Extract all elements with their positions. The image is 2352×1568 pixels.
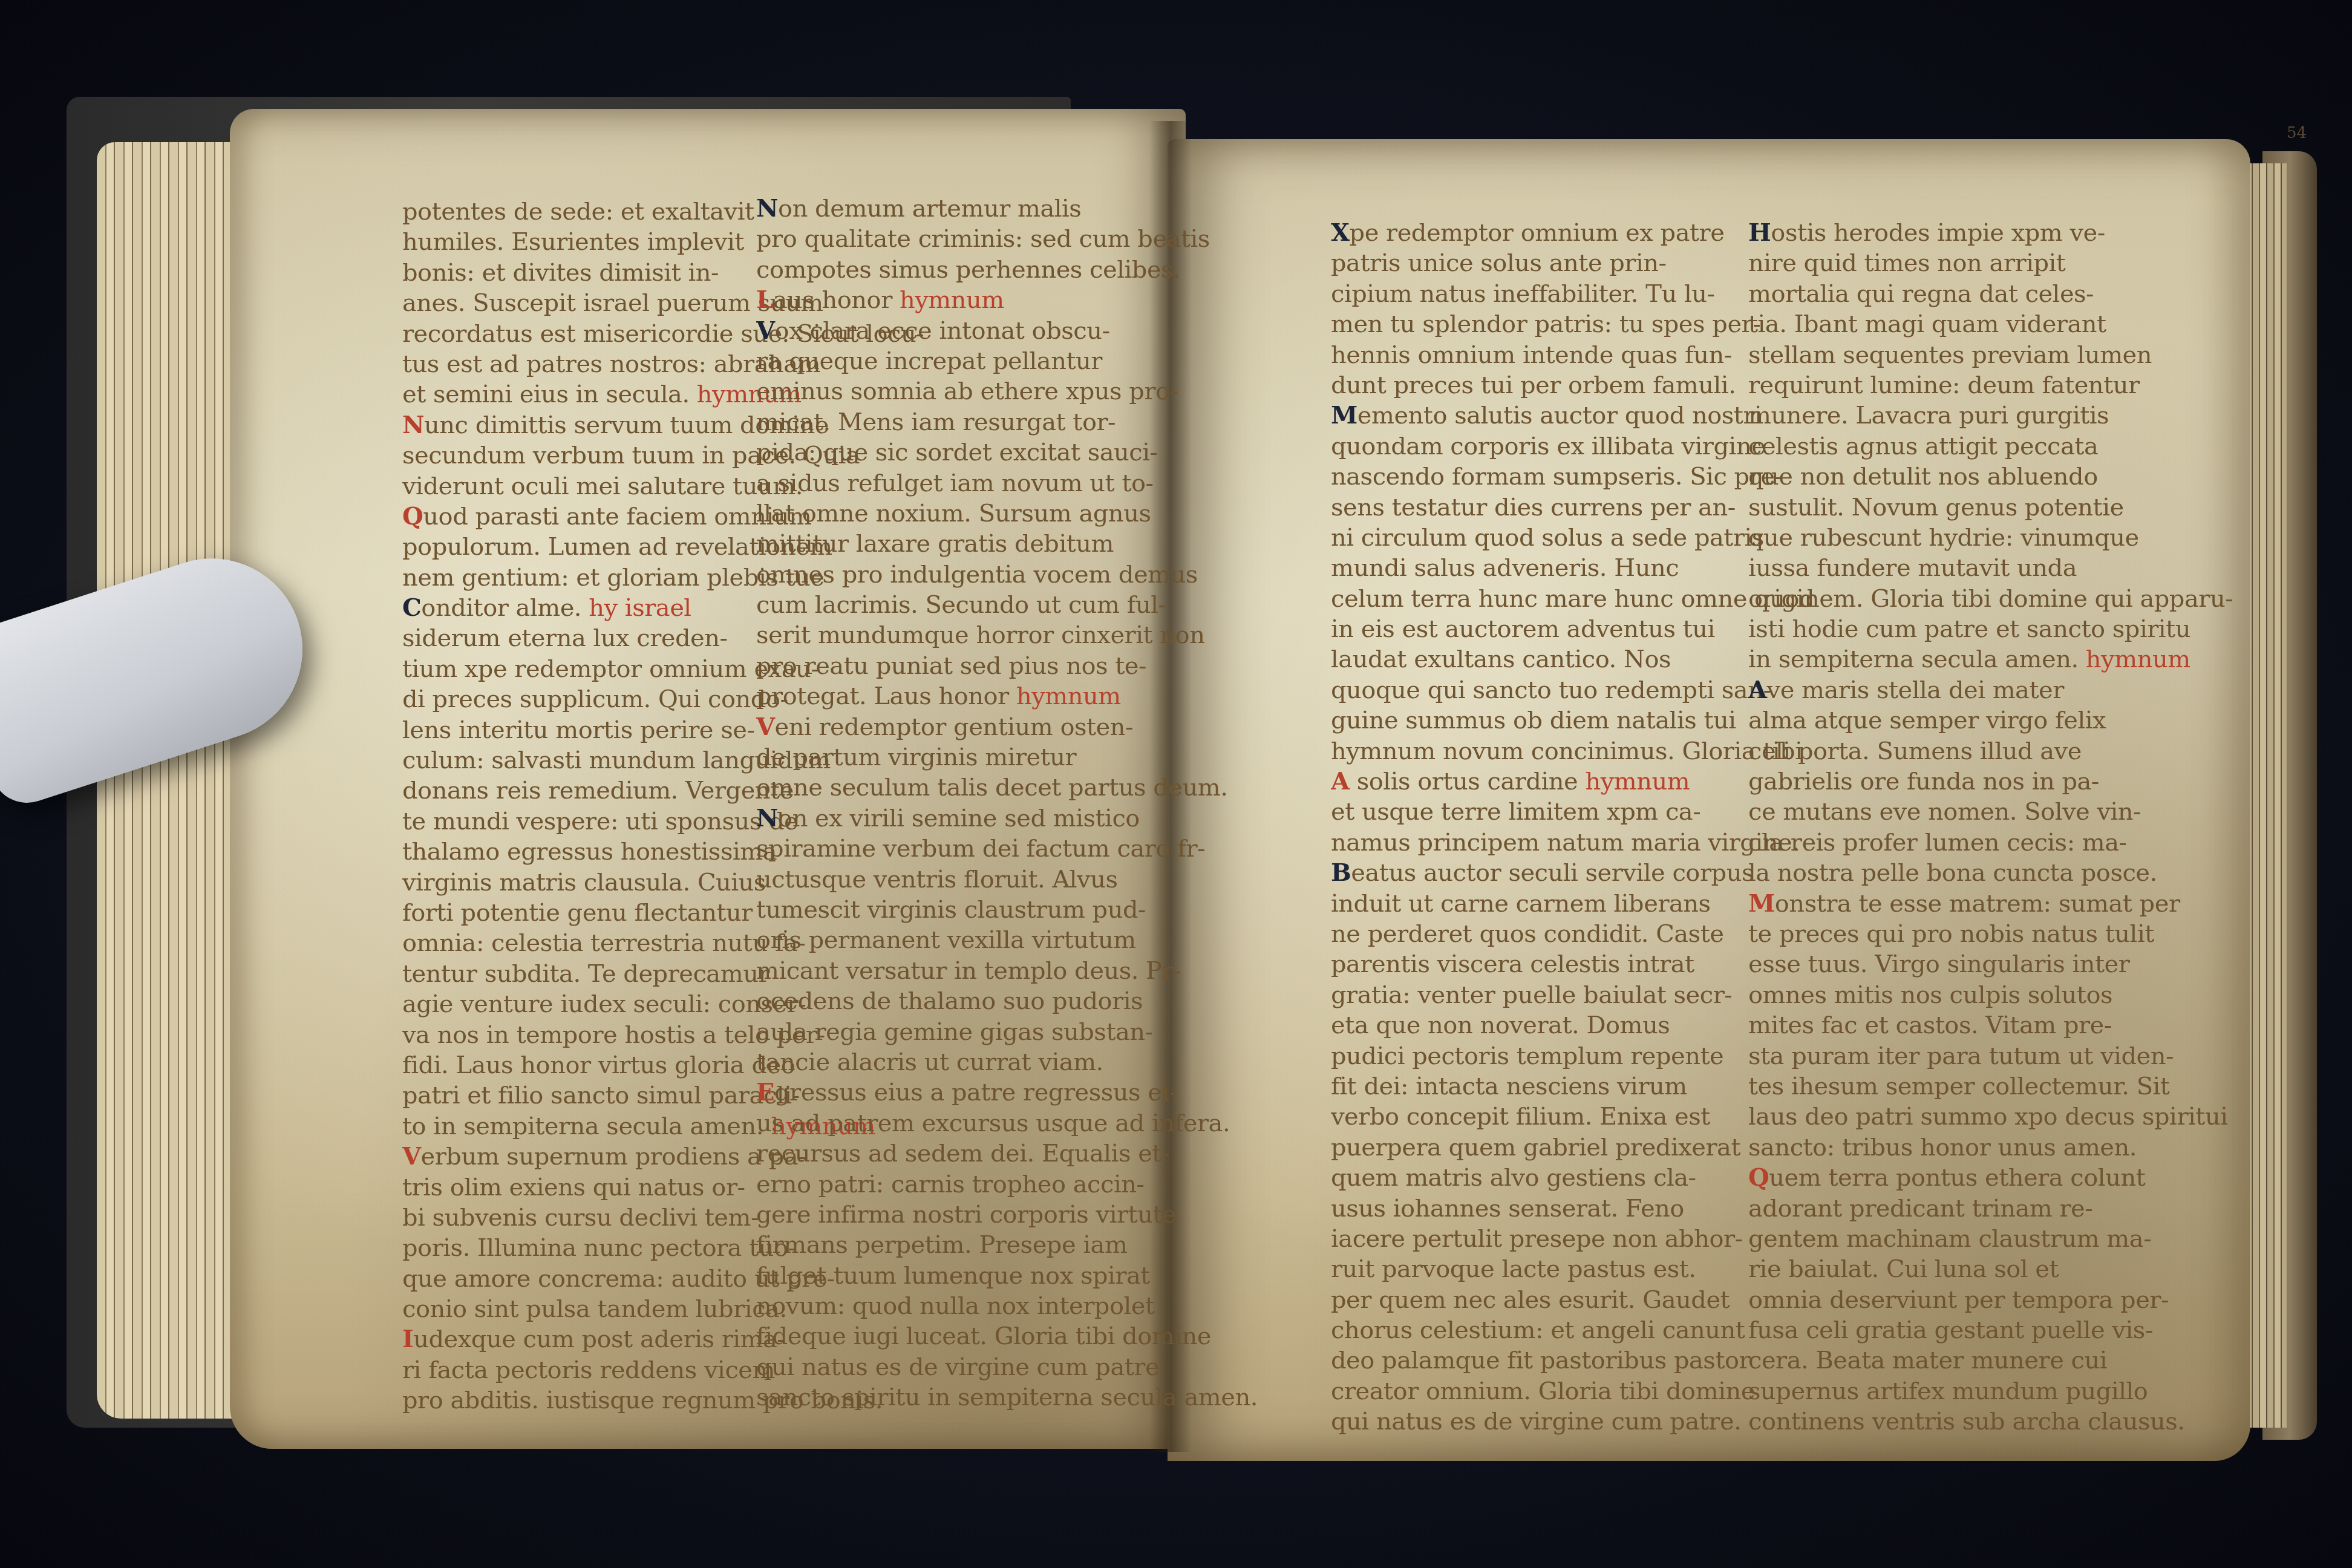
line-text: mundi salus adveneris. Hunc xyxy=(1331,554,1679,582)
line-text: men tu splendor patris: tu spes per- xyxy=(1331,310,1760,338)
line-text: pro qualitate criminis: sed cum beatis xyxy=(756,225,1210,253)
line-text: virginis matris clausula. Cuius xyxy=(402,869,766,897)
manuscript-line: cum lacrimis. Secundo ut cum ful- xyxy=(756,590,1258,620)
rubric: hymnum xyxy=(1009,682,1121,710)
line-text: chorus celestium: et angeli canunt xyxy=(1331,1316,1745,1344)
manuscript-line: Laus honor hymnum xyxy=(756,285,1258,315)
manuscript-line: sens testatur dies currens per an- xyxy=(1331,492,1814,523)
manuscript-line: micat. Mens iam resurgat tor- xyxy=(756,407,1258,437)
decorated-initial: I xyxy=(402,1325,413,1353)
manuscript-line: pudici pectoris templum repente xyxy=(1331,1041,1814,1071)
line-text: ox clara ecce intonat obscu- xyxy=(775,317,1110,345)
manuscript-line: stellam sequentes previam lumen xyxy=(1748,340,2233,370)
line-text: tancie alacris ut currat viam. xyxy=(756,1048,1103,1076)
rubric: hy israel xyxy=(581,594,691,622)
manuscript-line: laudat exultans cantico. Nos xyxy=(1331,644,1814,675)
manuscript-line: mortalia qui regna dat celes- xyxy=(1748,279,2233,309)
line-text: erbum supernum prodiens a pa- xyxy=(421,1143,806,1171)
manuscript-line: esse tuus. Virgo singularis inter xyxy=(1748,949,2233,979)
manuscript-line: celi porta. Sumens illud ave xyxy=(1748,736,2233,766)
manuscript-line: quoque qui sancto tuo redempti san- xyxy=(1331,675,1814,705)
line-text: a sidus refulget iam novum ut to- xyxy=(756,469,1154,497)
folio-number: 54 xyxy=(2287,124,2307,142)
line-text: compotes simus perhennes celibes. xyxy=(756,256,1180,284)
line-text: donans reis remedium. Vergente xyxy=(402,777,794,805)
manuscript-line: pro reatu puniat sed pius nos te- xyxy=(756,651,1258,681)
line-text: alma atque semper virgo felix xyxy=(1748,707,2106,734)
line-text: sancto: tribus honor unus amen. xyxy=(1748,1134,2137,1161)
line-text: omnia: celestia terrestria nutu fa- xyxy=(402,929,806,957)
line-text: pida: que sic sordet excitat sauci- xyxy=(756,439,1158,466)
line-text: dunt preces tui per orbem famuli. xyxy=(1331,371,1736,399)
decorated-initial: B xyxy=(1331,858,1351,887)
manuscript-line: verbo concepit filium. Enixa est xyxy=(1331,1102,1814,1132)
line-text: qui natus es de virgine cum patre. xyxy=(1331,1408,1741,1436)
line-text: puerpera quem gabriel predixerat xyxy=(1331,1134,1740,1161)
manuscript-line: fusa celi gratia gestant puelle vis- xyxy=(1748,1315,2233,1345)
manuscript-line: namus principem natum maria virgine. xyxy=(1331,828,1814,858)
line-text: sancto spiritu in sempiterna secula amen… xyxy=(756,1383,1258,1411)
line-text: on demum artemur malis xyxy=(778,195,1081,223)
line-text: fulget tuum lumenque nox spirat xyxy=(756,1262,1150,1290)
manuscript-line: Egressus eius a patre regressus ei- xyxy=(756,1077,1258,1108)
manuscript-line: et usque terre limitem xpm ca- xyxy=(1331,797,1814,827)
manuscript-line: men tu splendor patris: tu spes per- xyxy=(1331,309,1814,339)
manuscript-line: eta que non noverat. Domus xyxy=(1331,1010,1814,1040)
decorated-initial: Q xyxy=(1748,1163,1769,1192)
line-text: stellam sequentes previam lumen xyxy=(1748,341,2152,369)
manuscript-line: continens ventris sub archa clausus. xyxy=(1748,1406,2233,1437)
manuscript-line: llat omne noxium. Sursum agnus xyxy=(756,498,1258,529)
text-column-4: Hostis herodes impie xpm ve-nire quid ti… xyxy=(1748,218,2233,1437)
manuscript-line: iacere pertulit presepe non abhor- xyxy=(1331,1224,1814,1254)
line-text: per quem nec ales esurit. Gaudet xyxy=(1331,1286,1730,1314)
line-text: udexque cum post aderis rima- xyxy=(413,1325,785,1353)
manuscript-line: te preces qui pro nobis natus tulit xyxy=(1748,919,2233,949)
line-text: verbo concepit filium. Enixa est xyxy=(1331,1103,1710,1131)
manuscript-line: uctusque ventris floruit. Alvus xyxy=(756,864,1258,895)
line-text: bi subvenis cursu declivi tem- xyxy=(402,1204,759,1232)
manuscript-line: patris unice solus ante prin- xyxy=(1331,248,1814,278)
manuscript-line: que non detulit nos abluendo xyxy=(1748,462,2233,492)
manuscript-line: aula regia gemine gigas substan- xyxy=(756,1017,1258,1047)
manuscript-line: cla reis profer lumen cecis: ma- xyxy=(1748,828,2233,858)
text-column-2: Non demum artemur malispro qualitate cri… xyxy=(756,194,1258,1413)
line-text: protegat. Laus honor xyxy=(756,682,1009,710)
manuscript-line: Ave maris stella dei mater xyxy=(1748,675,2233,705)
manuscript-line: nascendo formam sumpseris. Sic pre- xyxy=(1331,462,1814,492)
decorated-initial: V xyxy=(402,1142,421,1171)
line-text: eminus somnia ab ethere xpus pro- xyxy=(756,377,1178,405)
line-text: ra queque increpat pellantur xyxy=(756,347,1102,375)
manuscript-line: gratia: venter puelle baiulat secr- xyxy=(1331,980,1814,1010)
line-text: usus iohannes senserat. Feno xyxy=(1331,1195,1684,1223)
line-text: patris unice solus ante prin- xyxy=(1331,249,1667,277)
line-text: tentur subdita. Te deprecamur xyxy=(402,960,769,988)
manuscript-line: firmans perpetim. Presepe iam xyxy=(756,1230,1258,1260)
line-text: forti potentie genu flectantur xyxy=(402,899,753,927)
manuscript-line: pro qualitate criminis: sed cum beatis xyxy=(756,224,1258,254)
line-text: parentis viscera celestis intrat xyxy=(1331,950,1694,978)
line-text: creator omnium. Gloria tibi domine xyxy=(1331,1377,1755,1405)
line-text: continens ventris sub archa clausus. xyxy=(1748,1408,2184,1436)
manuscript-line: tancie alacris ut currat viam. xyxy=(756,1047,1258,1077)
line-text: novum: quod nulla nox interpolet xyxy=(756,1292,1155,1320)
line-text: fit dei: intacta nesciens virum xyxy=(1331,1073,1687,1100)
manuscript-line: requirunt lumine: deum fatentur xyxy=(1748,370,2233,400)
manuscript-line: cipium natus ineffabiliter. Tu lu- xyxy=(1331,279,1814,309)
decorated-initial: V xyxy=(756,316,775,345)
line-text: mittitur laxare gratis debitum xyxy=(756,530,1114,558)
manuscript-line: A solis ortus cardine hymnum xyxy=(1331,766,1814,797)
line-text: ostis herodes impie xpm ve- xyxy=(1771,219,2105,247)
line-text: mites fac et castos. Vitam pre- xyxy=(1748,1011,2112,1039)
manuscript-line: quem matris alvo gestiens cla- xyxy=(1331,1163,1814,1193)
manuscript-line: mundi salus adveneris. Hunc xyxy=(1331,553,1814,583)
line-text: fidi. Laus honor virtus gloria deo xyxy=(402,1051,795,1079)
decorated-initial: N xyxy=(402,411,424,439)
manuscript-line: mittitur laxare gratis debitum xyxy=(756,529,1258,559)
line-text: esse tuus. Virgo singularis inter xyxy=(1748,950,2129,978)
manuscript-line: fit dei: intacta nesciens virum xyxy=(1331,1071,1814,1102)
manuscript-line: celum terra hunc mare hunc omne quod xyxy=(1331,584,1814,614)
line-text: te preces qui pro nobis natus tulit xyxy=(1748,920,2154,948)
decorated-initial: N xyxy=(756,804,778,832)
line-text: et semini eius in secula. xyxy=(402,381,690,408)
line-text: di preces supplicum. Qui condo- xyxy=(402,685,788,713)
line-text: erno patri: carnis tropheo accin- xyxy=(756,1171,1145,1198)
line-text: llat omne noxium. Sursum agnus xyxy=(756,500,1151,528)
line-text: aus honor xyxy=(773,286,892,314)
line-text: hymnum novum concinimus. Gloria tibi xyxy=(1331,737,1803,765)
manuscript-line: puerpera quem gabriel predixerat xyxy=(1331,1132,1814,1163)
manuscript-line: omnes mitis nos culpis solutos xyxy=(1748,980,2233,1010)
line-text: induit ut carne carnem liberans xyxy=(1331,890,1711,918)
line-text: lens interitu mortis perire se- xyxy=(402,716,754,744)
manuscript-line: oris permanent vexilla virtutum xyxy=(756,925,1258,955)
line-text: poris. Illumina nunc pectora tuo- xyxy=(402,1234,796,1262)
line-text: aula regia gemine gigas substan- xyxy=(756,1018,1153,1046)
line-text: isti hodie cum patre et sancto spiritu xyxy=(1748,615,2190,643)
manuscript-line: Non demum artemur malis xyxy=(756,194,1258,224)
line-text: supernus artifex mundum pugillo xyxy=(1748,1377,2148,1405)
line-text: eatus auctor seculi servile corpus xyxy=(1351,859,1754,887)
line-text: guine summus ob diem natalis tui xyxy=(1331,707,1736,734)
manuscript-line: sancto spiritu in sempiterna secula amen… xyxy=(756,1382,1258,1413)
line-text: adorant predicant trinam re- xyxy=(1748,1195,2092,1223)
line-text: cla reis profer lumen cecis: ma- xyxy=(1748,829,2127,857)
manuscript-line: micant versatur in templo deus. Pr- xyxy=(756,956,1258,986)
manuscript-line: laus deo patri summo xpo decus spiritui xyxy=(1748,1102,2233,1132)
line-text: us ad patrem excursus usque ad infera. xyxy=(756,1109,1230,1137)
manuscript-line: omnia deserviunt per tempora per- xyxy=(1748,1285,2233,1315)
manuscript-line: parentis viscera celestis intrat xyxy=(1331,949,1814,979)
decorated-initial: M xyxy=(1331,401,1357,430)
manuscript-line: compotes simus perhennes celibes. xyxy=(756,255,1258,285)
line-text: te mundi vespere: uti sponsus de xyxy=(402,808,798,835)
line-text: quondam corporis ex illibata virgine xyxy=(1331,433,1765,460)
line-text: fusa celi gratia gestant puelle vis- xyxy=(1748,1316,2153,1344)
manuscript-line: tumescit virginis claustrum pud- xyxy=(756,895,1258,925)
line-text: ri facta pectoris reddens vicem xyxy=(402,1356,775,1384)
manuscript-line: quondam corporis ex illibata virgine xyxy=(1331,431,1814,462)
line-text: ve maris stella dei mater xyxy=(1767,676,2064,704)
line-text: viderunt oculi mei salutare tuum. xyxy=(402,472,803,500)
manuscript-line: ruit parvoque lacte pastus est. xyxy=(1331,1254,1814,1284)
manuscript-line: Veni redemptor gentium osten- xyxy=(756,712,1258,742)
decorated-initial: M xyxy=(1748,889,1775,918)
manuscript-line: protegat. Laus honor hymnum xyxy=(756,681,1258,711)
decorated-initial: Q xyxy=(402,502,423,531)
decorated-initial: L xyxy=(756,286,773,314)
manuscript-line: tes ihesum semper collectemur. Sit xyxy=(1748,1071,2233,1102)
line-text: omne seculum talis decet partus deum. xyxy=(756,774,1227,802)
line-text: cera. Beata mater munere cui xyxy=(1748,1347,2107,1374)
text-column-3: Xpe redemptor omnium ex patrepatris unic… xyxy=(1331,218,1814,1437)
manuscript-line: hennis omnium intende quas fun- xyxy=(1331,340,1814,370)
manuscript-line: Vox clara ecce intonat obscu- xyxy=(756,316,1258,346)
line-text: celestis agnus attigit peccata xyxy=(1748,433,2098,460)
manuscript-line: supernus artifex mundum pugillo xyxy=(1748,1376,2233,1406)
manuscript-line: erno patri: carnis tropheo accin- xyxy=(756,1169,1258,1200)
decorated-initial: A xyxy=(1331,767,1350,795)
line-text: pudici pectoris templum repente xyxy=(1331,1042,1723,1070)
line-text: micat. Mens iam resurgat tor- xyxy=(756,408,1116,436)
rubric: hymnum xyxy=(1578,768,1690,795)
line-text: cipium natus ineffabiliter. Tu lu- xyxy=(1331,280,1714,308)
manuscript-line: ce mutans eve nomen. Solve vin- xyxy=(1748,797,2233,827)
line-text: potentes de sede: et exaltavit xyxy=(402,198,754,226)
line-text: et usque terre limitem xpm ca- xyxy=(1331,798,1700,826)
manuscript-line: us ad patrem excursus usque ad infera. xyxy=(756,1108,1258,1138)
manuscript-line: serit mundumque horror cinxerit non xyxy=(756,620,1258,650)
line-text: quoque qui sancto tuo redempti san- xyxy=(1331,676,1771,704)
line-text: firmans perpetim. Presepe iam xyxy=(756,1231,1127,1259)
manuscript-line: mites fac et castos. Vitam pre- xyxy=(1748,1010,2233,1040)
manuscript-line: iussa fundere mutavit unda xyxy=(1748,553,2233,583)
line-text: laus deo patri summo xpo decus spiritui xyxy=(1748,1103,2227,1131)
line-text: tumescit virginis claustrum pud- xyxy=(756,896,1146,924)
line-text: originem. Gloria tibi domine qui apparu- xyxy=(1748,585,2233,613)
manuscript-line: tia. Ibant magi quam viderant xyxy=(1748,309,2233,339)
line-text: de partum virginis miretur xyxy=(756,743,1076,771)
manuscript-line: Memento salutis auctor quod nostri xyxy=(1331,400,1814,431)
line-text: celi porta. Sumens illud ave xyxy=(1748,737,2082,765)
line-text: ne perderet quos condidit. Caste xyxy=(1331,920,1723,948)
decorated-initial: C xyxy=(402,593,421,622)
manuscript-line: que rubescunt hydrie: vinumque xyxy=(1748,523,2233,553)
manuscript-line: fideque iugi luceat. Gloria tibi domine xyxy=(756,1321,1258,1351)
line-text: omnes mitis nos culpis solutos xyxy=(1748,981,2112,1009)
line-text: emento salutis auctor quod nostri xyxy=(1357,402,1762,430)
manuscript-line: guine summus ob diem natalis tui xyxy=(1331,705,1814,736)
manuscript-line: qui natus es de virgine cum patre xyxy=(756,1352,1258,1382)
line-text: gressus eius a patre regressus ei- xyxy=(774,1079,1177,1106)
rubric: hymnum xyxy=(2079,645,2190,673)
manuscript-line: novum: quod nulla nox interpolet xyxy=(756,1291,1258,1321)
manuscript-line: in sempiterna secula amen. hymnum xyxy=(1748,644,2233,675)
manuscript-line: Hostis herodes impie xpm ve- xyxy=(1748,218,2233,248)
line-text: sens testatur dies currens per an- xyxy=(1331,494,1736,521)
line-text: deo palamque fit pastoribus pastor xyxy=(1331,1347,1750,1374)
line-text: mortalia qui regna dat celes- xyxy=(1748,280,2094,308)
line-text: humiles. Esurientes implevit xyxy=(402,228,744,256)
line-text: fideque iugi luceat. Gloria tibi domine xyxy=(756,1322,1211,1350)
line-text: tris olim exiens qui natus or- xyxy=(402,1174,745,1201)
manuscript-line: omne seculum talis decet partus deum. xyxy=(756,773,1258,803)
manuscript-line: hymnum novum concinimus. Gloria tibi xyxy=(1331,736,1814,766)
manuscript-line: gere infirma nostri corporis virtute xyxy=(756,1200,1258,1230)
line-text: on ex virili semine sed mistico xyxy=(778,805,1140,832)
line-text: omnes pro indulgentia vocem demus xyxy=(756,561,1198,589)
manuscript-line: recursus ad sedem dei. Equalis et- xyxy=(756,1138,1258,1169)
manuscript-line: sta puram iter para tutum ut viden- xyxy=(1748,1041,2233,1071)
line-text: spiramine verbum dei factum caro fr- xyxy=(756,835,1205,863)
manuscript-line: fulget tuum lumenque nox spirat xyxy=(756,1261,1258,1291)
decorated-initial: X xyxy=(1331,218,1350,247)
line-text: pro reatu puniat sed pius nos te- xyxy=(756,652,1146,680)
manuscript-line: nire quid times non arripit xyxy=(1748,248,2233,278)
line-text: eni redemptor gentium osten- xyxy=(775,713,1133,741)
manuscript-line: Quem terra pontus ethera colunt xyxy=(1748,1163,2233,1193)
manuscript-line: eminus somnia ab ethere xpus pro- xyxy=(756,376,1258,407)
manuscript-line: Non ex virili semine sed mistico xyxy=(756,803,1258,834)
line-text: tes ihesum semper collectemur. Sit xyxy=(1748,1073,2169,1100)
line-text: pe redemptor omnium ex patre xyxy=(1350,219,1725,247)
line-text: gere infirma nostri corporis virtute xyxy=(756,1201,1176,1229)
manuscript-line: de partum virginis miretur xyxy=(756,742,1258,773)
manuscript-line: munere. Lavacra puri gurgitis xyxy=(1748,400,2233,431)
manuscript-line: qui natus es de virgine cum patre. xyxy=(1331,1406,1814,1437)
manuscript-line: creator omnium. Gloria tibi domine xyxy=(1331,1376,1814,1406)
line-text: que non detulit nos abluendo xyxy=(1748,463,2098,491)
line-text: onditor alme. xyxy=(421,594,581,622)
line-text: nascendo formam sumpseris. Sic pre- xyxy=(1331,463,1782,491)
line-text: namus principem natum maria virgine. xyxy=(1331,829,1799,857)
line-text: nire quid times non arripit xyxy=(1748,249,2065,277)
line-text: in sempiterna secula amen. xyxy=(1748,645,2079,673)
line-text: sustulit. Novum genus potentie xyxy=(1748,494,2124,521)
line-text: celum terra hunc mare hunc omne quod xyxy=(1331,585,1814,613)
manuscript-line: cera. Beata mater munere cui xyxy=(1748,1345,2233,1376)
line-text: uctusque ventris floruit. Alvus xyxy=(756,866,1117,893)
manuscript-line: Xpe redemptor omnium ex patre xyxy=(1331,218,1814,248)
line-text: que rubescunt hydrie: vinumque xyxy=(1748,524,2139,552)
line-text: in eis est auctorem adventus tui xyxy=(1331,615,1715,643)
manuscript-line: sancto: tribus honor unus amen. xyxy=(1748,1132,2233,1163)
manuscript-line: spiramine verbum dei factum caro fr- xyxy=(756,834,1258,864)
line-text: oris permanent vexilla virtutum xyxy=(756,926,1136,954)
decorated-initial: V xyxy=(756,713,775,741)
manuscript-line: rie baiulat. Cui luna sol et xyxy=(1748,1254,2233,1284)
line-text: to in sempiterna secula amen. xyxy=(402,1112,763,1140)
line-text: gentem machinam claustrum ma- xyxy=(1748,1225,2151,1253)
line-text: quem matris alvo gestiens cla- xyxy=(1331,1164,1696,1192)
line-text: conio sint pulsa tandem lubrica. xyxy=(402,1295,787,1323)
manuscript-line: in eis est auctorem adventus tui xyxy=(1331,614,1814,644)
line-text: cum lacrimis. Secundo ut cum ful- xyxy=(756,591,1166,619)
line-text: bonis: et divites dimisit in- xyxy=(402,259,719,287)
manuscript-line: isti hodie cum patre et sancto spiritu xyxy=(1748,614,2233,644)
line-text: gratia: venter puelle baiulat secr- xyxy=(1331,981,1732,1009)
line-text: requirunt lumine: deum fatentur xyxy=(1748,371,2140,399)
line-text: onstra te esse matrem: sumat per xyxy=(1775,890,2180,918)
manuscript-line: per quem nec ales esurit. Gaudet xyxy=(1331,1285,1814,1315)
line-text: serit mundumque horror cinxerit non xyxy=(756,621,1204,649)
line-text: ce mutans eve nomen. Solve vin- xyxy=(1748,798,2141,826)
line-text: agie venture iudex seculi: conser- xyxy=(402,990,806,1018)
line-text: iacere pertulit presepe non abhor- xyxy=(1331,1225,1743,1253)
line-text: recursus ad sedem dei. Equalis et- xyxy=(756,1140,1169,1168)
line-text: rie baiulat. Cui luna sol et xyxy=(1748,1255,2059,1283)
line-text: iussa fundere mutavit unda xyxy=(1748,554,2077,582)
manuscript-line: gabrielis ore funda nos in pa- xyxy=(1748,766,2233,797)
decorated-initial: N xyxy=(756,194,778,223)
manuscript-line: a sidus refulget iam novum ut to- xyxy=(756,468,1258,498)
decorated-initial: H xyxy=(1748,218,1771,247)
line-text: hennis omnium intende quas fun- xyxy=(1331,341,1732,369)
line-text: munere. Lavacra puri gurgitis xyxy=(1748,402,2109,430)
line-text: laudat exultans cantico. Nos xyxy=(1331,645,1671,673)
manuscript-line: omnes pro indulgentia vocem demus xyxy=(756,560,1258,590)
line-text: siderum eterna lux creden- xyxy=(402,624,728,652)
manuscript-line: pida: que sic sordet excitat sauci- xyxy=(756,437,1258,468)
manuscript-line: deo palamque fit pastoribus pastor xyxy=(1331,1345,1814,1376)
manuscript-line: la nostra pelle bona cuncta posce. xyxy=(1748,858,2233,888)
manuscript-line: originem. Gloria tibi domine qui apparu- xyxy=(1748,584,2233,614)
line-text: eta que non noverat. Domus xyxy=(1331,1011,1670,1039)
manuscript-line: Monstra te esse matrem: sumat per xyxy=(1748,889,2233,919)
line-text: omnia deserviunt per tempora per- xyxy=(1748,1286,2169,1314)
manuscript-line: sustulit. Novum genus potentie xyxy=(1748,492,2233,523)
line-text: ocedens de thalamo suo pudoris xyxy=(756,987,1143,1015)
manuscript-line: celestis agnus attigit peccata xyxy=(1748,431,2233,462)
manuscript-line: gentem machinam claustrum ma- xyxy=(1748,1224,2233,1254)
manuscript-line: ni circulum quod solus a sede patris xyxy=(1331,523,1814,553)
line-text: qui natus es de virgine cum patre xyxy=(756,1353,1159,1381)
line-text: micant versatur in templo deus. Pr- xyxy=(756,957,1181,985)
line-text: patri et filio sancto simul paracli- xyxy=(402,1082,799,1109)
manuscript-line: ocedens de thalamo suo pudoris xyxy=(756,986,1258,1016)
decorated-initial: A xyxy=(1748,676,1767,704)
manuscript-line: ra queque increpat pellantur xyxy=(756,346,1258,376)
line-text: sta puram iter para tutum ut viden- xyxy=(1748,1042,2174,1070)
manuscript-line: adorant predicant trinam re- xyxy=(1748,1194,2233,1224)
manuscript-line: ne perderet quos condidit. Caste xyxy=(1331,919,1814,949)
manuscript-line: chorus celestium: et angeli canunt xyxy=(1331,1315,1814,1345)
manuscript-line: alma atque semper virgo felix xyxy=(1748,705,2233,736)
line-text: uod parasti ante faciem omnium xyxy=(423,503,811,531)
manuscript-line: dunt preces tui per orbem famuli. xyxy=(1331,370,1814,400)
manuscript-line: induit ut carne carnem liberans xyxy=(1331,889,1814,919)
line-text: uem terra pontus ethera colunt xyxy=(1769,1164,2145,1192)
rubric: hymnum xyxy=(892,286,1004,314)
line-text: la nostra pelle bona cuncta posce. xyxy=(1748,859,2157,887)
line-text: ni circulum quod solus a sede patris xyxy=(1331,524,1764,552)
decorated-initial: E xyxy=(756,1078,774,1106)
manuscript-line: Beatus auctor seculi servile corpus xyxy=(1331,858,1814,888)
manuscript-line: usus iohannes senserat. Feno xyxy=(1331,1194,1814,1224)
line-text: tia. Ibant magi quam viderant xyxy=(1748,310,2106,338)
line-text: gabrielis ore funda nos in pa- xyxy=(1748,768,2099,795)
line-text: ruit parvoque lacte pastus est. xyxy=(1331,1255,1696,1283)
line-text: thalamo egressus honestissima xyxy=(402,838,777,866)
line-text: solis ortus cardine xyxy=(1350,768,1578,795)
